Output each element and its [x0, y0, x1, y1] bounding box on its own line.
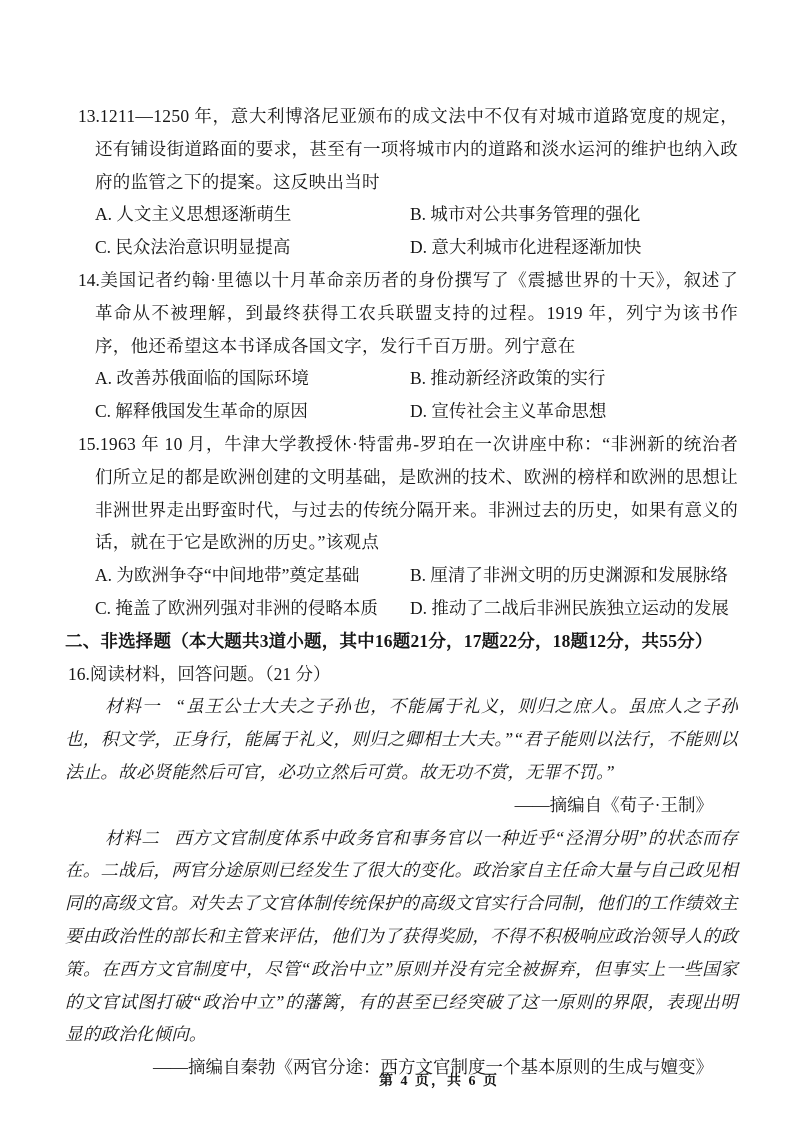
material-1-text: “虽王公士大夫之子孙也，不能属于礼义，则归之庶人。虽庶人之子孙也，积文学，正身行… — [65, 696, 738, 782]
question-14-option-d: D. 宣传社会主义革命思想 — [410, 395, 738, 428]
question-13-text: 1211—1250 年，意大利博洛尼亚颁布的成文法中不仅有对城市道路宽度的规定，… — [95, 106, 738, 192]
question-13-option-b: B. 城市对公共事务管理的强化 — [410, 198, 738, 231]
question-15-text: 1963 年 10 月，牛津大学教授休·特雷弗-罗珀在一次讲座中称：“非洲新的统… — [95, 434, 738, 552]
material-1-label: 材料一 — [105, 696, 160, 716]
question-14-option-a: A. 改善苏俄面临的国际环境 — [95, 362, 410, 395]
question-14-stem: 14.美国记者约翰·里德以十月革命亲历者的身份撰写了《震撼世界的十天》，叙述了革… — [95, 264, 738, 362]
question-15-options-row-2: C. 掩盖了欧洲列强对非洲的侵略本质 D. 推动了二战后非洲民族独立运动的发展 — [95, 592, 738, 625]
question-14-text: 美国记者约翰·里德以十月革命亲历者的身份撰写了《震撼世界的十天》，叙述了革命从不… — [95, 270, 738, 356]
material-1-paragraph: 材料一“虽王公士大夫之子孙也，不能属于礼义，则归之庶人。虽庶人之子孙也，积文学，… — [65, 690, 738, 788]
question-14-option-b: B. 推动新经济政策的实行 — [410, 362, 738, 395]
material-2-text: 西方文官制度体系中政务官和事务官以一种近乎“泾渭分明”的状态而存在。二战后，两官… — [65, 828, 738, 1045]
question-16: 16.阅读材料，回答问题。（21 分） 材料一“虽王公士大夫之子孙也，不能属于礼… — [65, 658, 738, 1084]
question-15-option-b: B. 厘清了非洲文明的历史渊源和发展脉络 — [410, 559, 738, 592]
question-16-intro: 16.阅读材料，回答问题。（21 分） — [68, 658, 738, 691]
question-13-options-row-1: A. 人文主义思想逐渐萌生 B. 城市对公共事务管理的强化 — [95, 198, 738, 231]
question-15-number: 15. — [78, 434, 100, 454]
question-13-options-row-2: C. 民众法治意识明显提高 D. 意大利城市化进程逐渐加快 — [95, 231, 738, 264]
question-15-options-row-1: A. 为欧洲争夺“中间地带”奠定基础 B. 厘清了非洲文明的历史渊源和发展脉络 — [95, 559, 738, 592]
question-13-stem: 13.1211—1250 年，意大利博洛尼亚颁布的成文法中不仅有对城市道路宽度的… — [95, 100, 738, 198]
question-14-options-row-1: A. 改善苏俄面临的国际环境 B. 推动新经济政策的实行 — [95, 362, 738, 395]
question-13-option-a: A. 人文主义思想逐渐萌生 — [95, 198, 410, 231]
question-15-option-c: C. 掩盖了欧洲列强对非洲的侵略本质 — [95, 592, 410, 625]
material-2-label: 材料二 — [105, 828, 159, 848]
question-13: 13.1211—1250 年，意大利博洛尼亚颁布的成文法中不仅有对城市道路宽度的… — [65, 100, 738, 264]
question-13-option-d: D. 意大利城市化进程逐渐加快 — [410, 231, 738, 264]
question-15: 15.1963 年 10 月，牛津大学教授休·特雷弗-罗珀在一次讲座中称：“非洲… — [65, 428, 738, 625]
page-footer: 第 4 页，共 6 页 — [0, 1072, 800, 1092]
exam-page: 13.1211—1250 年，意大利博洛尼亚颁布的成文法中不仅有对城市道路宽度的… — [0, 0, 800, 1131]
question-14-options-row-2: C. 解释俄国发生革命的原因 D. 宣传社会主义革命思想 — [95, 395, 738, 428]
material-1-source: ——摘编自《荀子·王制》 — [65, 789, 738, 822]
question-14-number: 14. — [78, 270, 100, 290]
section-2-header: 二、非选择题（本大题共3道小题，其中16题21分，17题22分，18题12分，共… — [65, 625, 738, 658]
question-14: 14.美国记者约翰·里德以十月革命亲历者的身份撰写了《震撼世界的十天》，叙述了革… — [65, 264, 738, 428]
question-13-number: 13. — [78, 106, 100, 126]
material-2-paragraph: 材料二西方文官制度体系中政务官和事务官以一种近乎“泾渭分明”的状态而存在。二战后… — [65, 822, 738, 1052]
question-15-option-d: D. 推动了二战后非洲民族独立运动的发展 — [410, 592, 738, 625]
exam-content: 13.1211—1250 年，意大利博洛尼亚颁布的成文法中不仅有对城市道路宽度的… — [65, 100, 738, 1084]
question-15-option-a: A. 为欧洲争夺“中间地带”奠定基础 — [95, 559, 410, 592]
question-14-option-c: C. 解释俄国发生革命的原因 — [95, 395, 410, 428]
question-13-option-c: C. 民众法治意识明显提高 — [95, 231, 410, 264]
question-15-stem: 15.1963 年 10 月，牛津大学教授休·特雷弗-罗珀在一次讲座中称：“非洲… — [95, 428, 738, 559]
